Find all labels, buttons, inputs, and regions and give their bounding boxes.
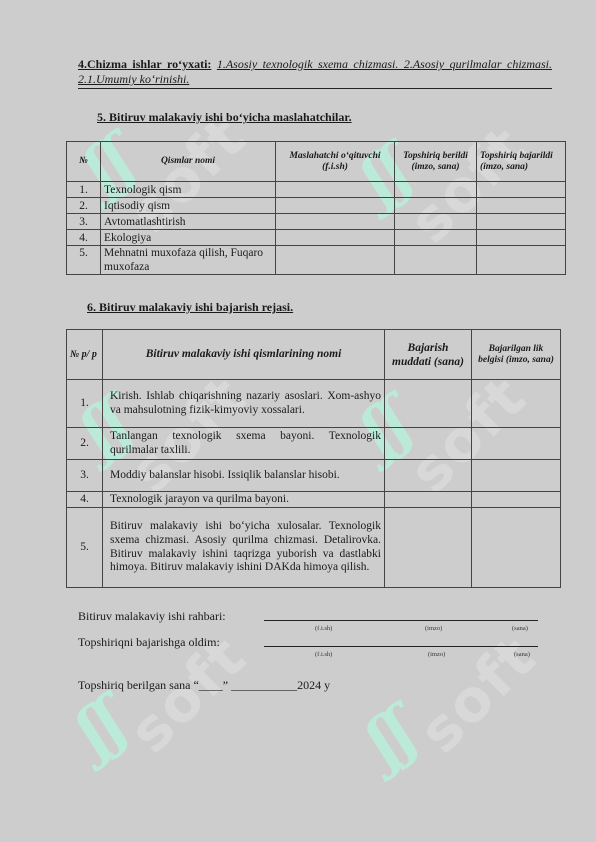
student-signature-line[interactable] bbox=[264, 646, 538, 647]
work-plan-table: № p/ p Bitiruv malakaviy ishi qismlarini… bbox=[66, 329, 561, 588]
given-cell[interactable] bbox=[395, 246, 477, 275]
part-name: Mehnatni muxofaza qilish, Fuqaro muxofaz… bbox=[101, 246, 276, 275]
plan-item: Texnologik jarayon va qurilma bayoni. bbox=[103, 492, 385, 508]
done-cell[interactable] bbox=[477, 214, 566, 230]
given-cell[interactable] bbox=[395, 198, 477, 214]
caption-date: (sana) bbox=[514, 651, 530, 658]
caption-fish: (f.i.sh) bbox=[315, 651, 332, 658]
part-name: Texnologik qism bbox=[101, 182, 276, 198]
document-page: 4.Chizma ishlar ro‘yxati: 1.Asosiy texno… bbox=[0, 0, 596, 842]
row-number: 4. bbox=[67, 230, 101, 246]
column-header: Topshiriq berildi (imzo, sana) bbox=[395, 142, 477, 182]
part-name: Avtomatlashtirish bbox=[101, 214, 276, 230]
row-number: 5. bbox=[67, 508, 103, 588]
table-row: 5. Mehnatni muxofaza qilish, Fuqaro muxo… bbox=[67, 246, 566, 275]
table-header-row: № Qismlar nomi Maslahatchi o‘qituvchi (f… bbox=[67, 142, 566, 182]
column-header: Bajarilgan lik belgisi (imzo, sana) bbox=[472, 330, 561, 380]
table-row: 1. Texnologik qism bbox=[67, 182, 566, 198]
plan-item: Tanlangan texnologik sxema bayoni. Texno… bbox=[103, 428, 385, 460]
work-plan-heading: 6. Bitiruv malakaviy ishi bajarish rejas… bbox=[87, 300, 293, 315]
plan-item: Kirish. Ishlab chiqarishning nazariy aso… bbox=[103, 380, 385, 428]
advisor-cell[interactable] bbox=[276, 230, 395, 246]
advisor-cell[interactable] bbox=[276, 182, 395, 198]
column-header: Maslahatchi o‘qituvchi (f.i.sh) bbox=[276, 142, 395, 182]
plan-item: Moddiy balanslar hisobi. Issiqlik balans… bbox=[103, 460, 385, 492]
caption-signature: (imzo) bbox=[425, 625, 442, 632]
caption-fish: (f.i.sh) bbox=[315, 625, 332, 632]
deadline-cell[interactable] bbox=[385, 460, 472, 492]
column-header: Bajarish muddati (sana) bbox=[385, 330, 472, 380]
supervisor-label: Bitiruv malakaviy ishi rahbari: bbox=[78, 609, 226, 624]
table-row: 2. Iqtisodiy qism bbox=[67, 198, 566, 214]
drawings-list-label: 4.Chizma ishlar ro‘yxati: bbox=[78, 57, 211, 71]
table-row: 3. Moddiy balanslar hisobi. Issiqlik bal… bbox=[67, 460, 561, 492]
part-name: Ekologiya bbox=[101, 230, 276, 246]
advisor-cell[interactable] bbox=[276, 246, 395, 275]
completion-cell[interactable] bbox=[472, 492, 561, 508]
deadline-cell[interactable] bbox=[385, 380, 472, 428]
row-number: 3. bbox=[67, 214, 101, 230]
column-header: № p/ p bbox=[67, 330, 103, 380]
row-number: 5. bbox=[67, 246, 101, 275]
supervisor-signature-line[interactable] bbox=[264, 620, 538, 621]
assignment-date-line: Topshiriq berilgan sana “____” _________… bbox=[78, 678, 330, 693]
row-number: 4. bbox=[67, 492, 103, 508]
advisor-cell[interactable] bbox=[276, 198, 395, 214]
row-number: 2. bbox=[67, 428, 103, 460]
done-cell[interactable] bbox=[477, 230, 566, 246]
column-header: Bitiruv malakaviy ishi qismlarining nomi bbox=[103, 330, 385, 380]
deadline-cell[interactable] bbox=[385, 428, 472, 460]
plan-item: Bitiruv malakaviy ishi bo‘yicha xulosala… bbox=[103, 508, 385, 588]
completion-cell[interactable] bbox=[472, 460, 561, 492]
done-cell[interactable] bbox=[477, 198, 566, 214]
completion-cell[interactable] bbox=[472, 428, 561, 460]
student-label: Topshiriqni bajarishga oldim: bbox=[78, 635, 220, 650]
table-row: 4. Ekologiya bbox=[67, 230, 566, 246]
caption-date: (sana) bbox=[512, 625, 528, 632]
row-number: 1. bbox=[67, 182, 101, 198]
caption-signature: (imzo) bbox=[428, 651, 445, 658]
table-header-row: № p/ p Bitiruv malakaviy ishi qismlarini… bbox=[67, 330, 561, 380]
done-cell[interactable] bbox=[477, 246, 566, 275]
completion-cell[interactable] bbox=[472, 380, 561, 428]
column-header: Qismlar nomi bbox=[101, 142, 276, 182]
advisors-table: № Qismlar nomi Maslahatchi o‘qituvchi (f… bbox=[66, 141, 566, 275]
row-number: 3. bbox=[67, 460, 103, 492]
row-number: 2. bbox=[67, 198, 101, 214]
part-name: Iqtisodiy qism bbox=[101, 198, 276, 214]
done-cell[interactable] bbox=[477, 182, 566, 198]
table-row: 5. Bitiruv malakaviy ishi bo‘yicha xulos… bbox=[67, 508, 561, 588]
row-number: 1. bbox=[67, 380, 103, 428]
deadline-cell[interactable] bbox=[385, 508, 472, 588]
table-row: 3. Avtomatlashtirish bbox=[67, 214, 566, 230]
deadline-cell[interactable] bbox=[385, 492, 472, 508]
advisor-cell[interactable] bbox=[276, 214, 395, 230]
table-row: 2. Tanlangan texnologik sxema bayoni. Te… bbox=[67, 428, 561, 460]
column-header: № bbox=[67, 142, 101, 182]
drawings-list-paragraph: 4.Chizma ishlar ro‘yxati: 1.Asosiy texno… bbox=[78, 57, 552, 89]
table-row: 1. Kirish. Ishlab chiqarishning nazariy … bbox=[67, 380, 561, 428]
table-row: 4. Texnologik jarayon va qurilma bayoni. bbox=[67, 492, 561, 508]
given-cell[interactable] bbox=[395, 214, 477, 230]
given-cell[interactable] bbox=[395, 230, 477, 246]
given-cell[interactable] bbox=[395, 182, 477, 198]
column-header: Topshiriq bajarildi (imzo, sana) bbox=[477, 142, 566, 182]
advisors-heading: 5. Bitiruv malakaviy ishi bo‘yicha masla… bbox=[97, 110, 352, 125]
completion-cell[interactable] bbox=[472, 508, 561, 588]
